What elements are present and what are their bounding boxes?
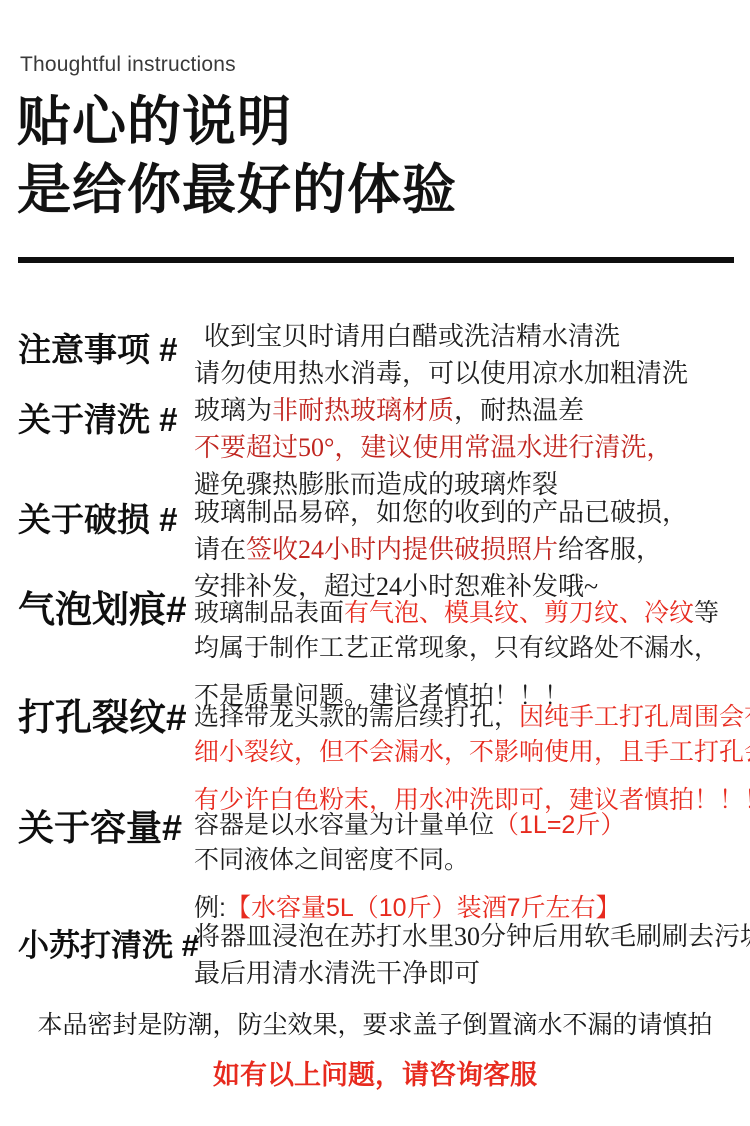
text-segment: 玻璃制品表面 bbox=[194, 599, 344, 627]
title-divider-rule bbox=[18, 257, 734, 263]
footer-contact-service-note: 如有以上问题，请咨询客服 bbox=[0, 1058, 750, 1092]
text-segment: 非耐热玻璃材质 bbox=[272, 396, 454, 425]
body-line: 容器是以水容量为计量单位（1L=2斤） bbox=[194, 808, 740, 843]
section-body: 玻璃为非耐热玻璃材质，耐热温差 不要超过50°，建议使用常温水进行清洗， 避免骤… bbox=[194, 392, 750, 503]
text-segment: 最后用清水清洗干净即可 bbox=[194, 959, 480, 988]
body-line: 不要超过50°，建议使用常温水进行清洗， bbox=[194, 429, 740, 466]
text-segment: 玻璃制品易碎，如您的收到的产品已破损， bbox=[194, 498, 688, 527]
body-line: 将器皿浸泡在苏打水里30分钟后用软毛刷刷去污垢 bbox=[194, 918, 750, 955]
body-line: 最后用清水清洗干净即可 bbox=[194, 955, 750, 992]
text-segment: （1L=2斤） bbox=[494, 811, 625, 839]
section-body: 玻璃制品表面有气泡、模具纹、剪刀纹、冷纹等 均属于制作工艺正常现象，只有纹路处不… bbox=[194, 596, 750, 714]
text-segment: 细小裂纹，但不会漏水，不影响使用，且手工打孔会 bbox=[194, 738, 750, 766]
text-segment: 请勿使用热水消毒，可以使用凉水加粗清洗 bbox=[194, 359, 688, 388]
section-body: 收到宝贝时请用白醋或洗洁精水清洗 请勿使用热水消毒，可以使用凉水加粗清洗 bbox=[194, 318, 750, 392]
text-segment: 均属于制作工艺正常现象，只有纹路处不漏水， bbox=[194, 634, 719, 662]
section-label: 关于清洗 # bbox=[0, 400, 194, 440]
body-line: 玻璃制品易碎，如您的收到的产品已破损， bbox=[194, 494, 740, 531]
text-segment: 选择带龙头款的需后续打孔， bbox=[194, 703, 519, 731]
text-segment: 将器皿浸泡在苏打水里30分钟后用软毛刷刷去污垢 bbox=[194, 922, 750, 951]
section-label: 关于破损 # bbox=[0, 500, 194, 540]
text-segment: 等 bbox=[694, 599, 719, 627]
product-instructions-page: Thoughtful instructions 贴心的说明 是给你最好的体验 注… bbox=[0, 0, 750, 1126]
section-body: 容器是以水容量为计量单位（1L=2斤） 不同液体之间密度不同。 例:【水容量5L… bbox=[194, 808, 750, 926]
text-segment: 请在 bbox=[194, 535, 246, 564]
footer-seal-note: 本品密封是防潮，防尘效果，要求盖子倒置滴水不漏的请慎拍 bbox=[0, 1008, 750, 1042]
body-line: 细小裂纹，但不会漏水，不影响使用，且手工打孔会 bbox=[194, 735, 750, 770]
text-segment: 因纯手工打孔周围会有 bbox=[519, 703, 750, 731]
body-line: 不同液体之间密度不同。 bbox=[194, 843, 740, 878]
section-body: 选择带龙头款的需后续打孔，因纯手工打孔周围会有 细小裂纹，但不会漏水，不影响使用… bbox=[194, 700, 750, 818]
body-line: 均属于制作工艺正常现象，只有纹路处不漏水， bbox=[194, 631, 740, 666]
section-capacity: 关于容量# 容器是以水容量为计量单位（1L=2斤） 不同液体之间密度不同。 例:… bbox=[0, 808, 750, 926]
section-drill-cracks: 打孔裂纹# 选择带龙头款的需后续打孔，因纯手工打孔周围会有 细小裂纹，但不会漏水… bbox=[0, 700, 750, 818]
text-segment: 收到宝贝时请用白醋或洗洁精水清洗 bbox=[204, 322, 620, 351]
section-cleaning: 关于清洗 # 玻璃为非耐热玻璃材质，耐热温差 不要超过50°，建议使用常温水进行… bbox=[0, 392, 750, 503]
body-line: 玻璃为非耐热玻璃材质，耐热温差 bbox=[194, 392, 740, 429]
section-body: 玻璃制品易碎，如您的收到的产品已破损， 请在签收24小时内提供破损照片给客服， … bbox=[194, 494, 750, 605]
section-baking-soda: 小苏打清洗 # 将器皿浸泡在苏打水里30分钟后用软毛刷刷去污垢 最后用清水清洗干… bbox=[0, 918, 750, 992]
text-segment: 给客服， bbox=[558, 535, 662, 564]
section-body: 将器皿浸泡在苏打水里30分钟后用软毛刷刷去污垢 最后用清水清洗干净即可 bbox=[194, 918, 750, 992]
section-label: 打孔裂纹# bbox=[0, 698, 194, 738]
text-segment: 不要超过50°，建议使用常温水进行清洗， bbox=[194, 433, 672, 462]
page-title-line-2: 是给你最好的体验 bbox=[17, 156, 457, 224]
section-label: 小苏打清洗 # bbox=[0, 926, 194, 966]
page-title-line-1: 贴心的说明 bbox=[17, 88, 457, 156]
section-label: 关于容量# bbox=[0, 808, 194, 848]
text-segment: 有气泡、模具纹、剪刀纹、冷纹 bbox=[344, 599, 694, 627]
text-segment: 玻璃为 bbox=[194, 396, 272, 425]
body-line: 请勿使用热水消毒，可以使用凉水加粗清洗 bbox=[194, 355, 740, 392]
page-title: 贴心的说明 是给你最好的体验 bbox=[17, 88, 457, 224]
text-segment: 容器是以水容量为计量单位 bbox=[194, 811, 494, 839]
text-segment: 签收24小时内提供破损照片 bbox=[246, 535, 558, 564]
eyebrow-text: Thoughtful instructions bbox=[20, 53, 236, 77]
body-line: 选择带龙头款的需后续打孔，因纯手工打孔周围会有 bbox=[194, 700, 750, 735]
text-segment: ，耐热温差 bbox=[454, 396, 584, 425]
body-line: 玻璃制品表面有气泡、模具纹、剪刀纹、冷纹等 bbox=[194, 596, 740, 631]
section-notes: 注意事项 # 收到宝贝时请用白醋或洗洁精水清洗 请勿使用热水消毒，可以使用凉水加… bbox=[0, 318, 750, 392]
section-label: 气泡划痕# bbox=[0, 590, 194, 630]
section-label: 注意事项 # bbox=[0, 330, 194, 370]
body-line: 收到宝贝时请用白醋或洗洁精水清洗 bbox=[194, 318, 740, 355]
text-segment: 不同液体之间密度不同。 bbox=[194, 846, 469, 874]
footer: 本品密封是防潮，防尘效果，要求盖子倒置滴水不漏的请慎拍 如有以上问题，请咨询客服 bbox=[0, 1008, 750, 1092]
body-line: 请在签收24小时内提供破损照片给客服， bbox=[194, 531, 740, 568]
